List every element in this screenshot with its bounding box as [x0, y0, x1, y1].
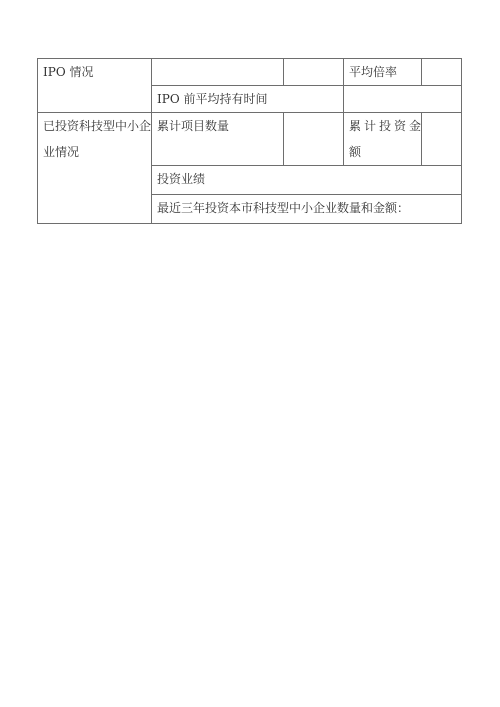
cumulative-investment-amount-line2: 额 — [349, 139, 416, 165]
table-row-sme-1: 已投资科技型中小企 业情况 累计项目数量 累计投资金 额 — [38, 113, 462, 166]
investment-performance-label-cell: 投资业绩 — [152, 166, 462, 195]
cumulative-project-count-value-cell — [284, 113, 344, 166]
invested-sme-section-header-cell: 已投资科技型中小企 业情况 — [38, 113, 152, 224]
avg-multiple-value-cell — [422, 59, 462, 86]
document-page: IPO 情况 平均倍率 IPO 前平均持有时间 已投资科技型中小企 业情况 累计… — [0, 0, 500, 707]
recent-three-years-label-cell: 最近三年投资本市科技型中小企业数量和金额： — [152, 195, 462, 224]
pre-ipo-holding-time-value-cell — [344, 86, 462, 113]
cumulative-investment-amount-label-cell: 累计投资金 额 — [344, 113, 422, 166]
invested-sme-header-line2: 业情况 — [43, 139, 146, 165]
pre-ipo-holding-time-label-cell: IPO 前平均持有时间 — [152, 86, 344, 113]
cumulative-investment-amount-value-cell — [422, 113, 462, 166]
ipo-value-cell-2 — [284, 59, 344, 86]
cumulative-project-count-label-cell: 累计项目数量 — [152, 113, 284, 166]
invested-sme-header-line1: 已投资科技型中小企 — [43, 113, 146, 139]
table-row-ipo-1: IPO 情况 平均倍率 — [38, 59, 462, 86]
investment-info-table: IPO 情况 平均倍率 IPO 前平均持有时间 已投资科技型中小企 业情况 累计… — [37, 58, 462, 224]
ipo-value-cell-1 — [152, 59, 284, 86]
avg-multiple-label-cell: 平均倍率 — [344, 59, 422, 86]
cumulative-investment-amount-line1: 累计投资金 — [349, 113, 416, 139]
ipo-section-header-cell: IPO 情况 — [38, 59, 152, 113]
